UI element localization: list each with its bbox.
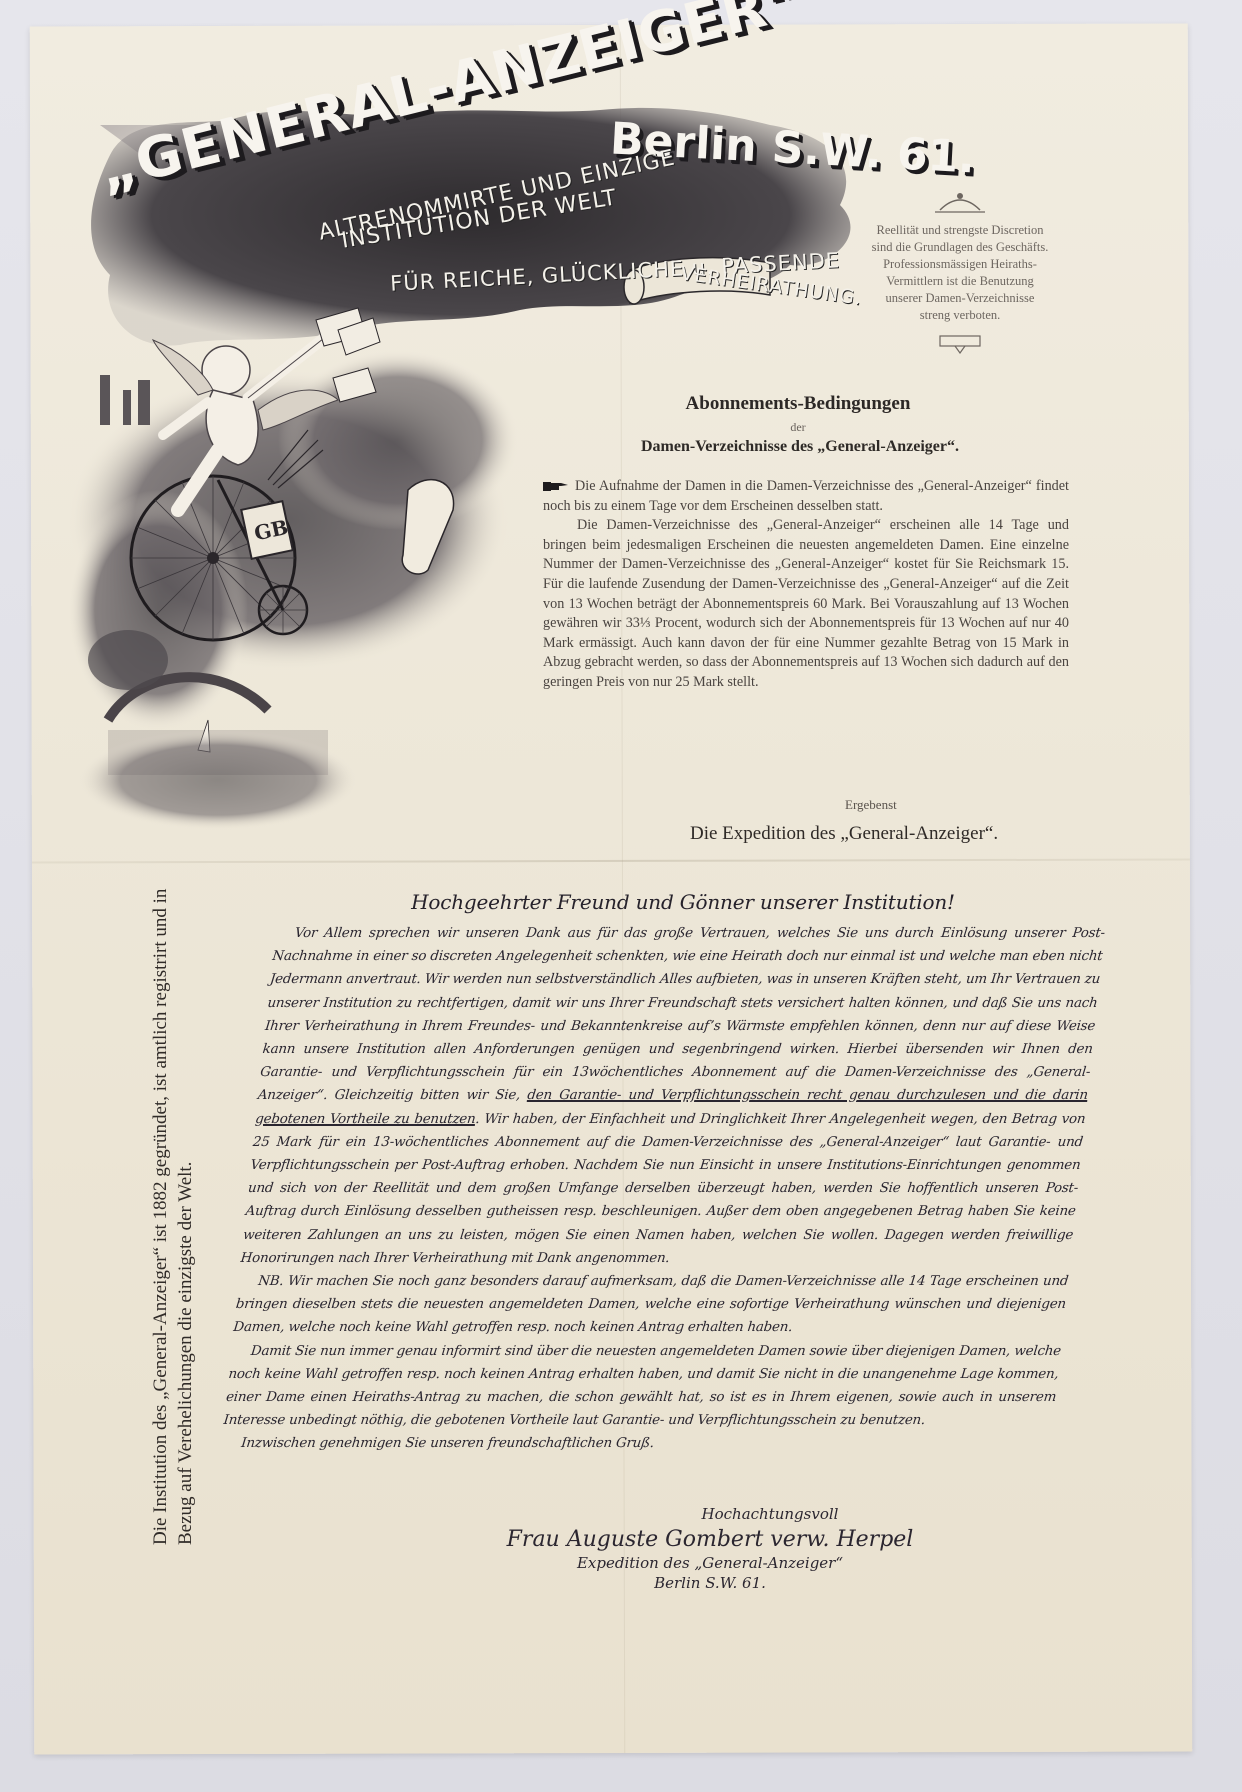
horizontal-fold-line: [32, 858, 1190, 863]
closing-phrase: Hochachtungsvoll: [620, 1505, 920, 1523]
letter-body: Vor Allem sprechen wir unseren Dank aus …: [220, 922, 1106, 1456]
conditions-paragraph-1: Die Aufnahme der Damen in die Damen-Verz…: [543, 478, 1069, 514]
scroll-ornament-icon: [935, 332, 985, 354]
expedition-signature: Die Expedition des „General-Anzeiger“.: [690, 823, 998, 845]
discretion-note-text: Reellität und strengste Discretion sind …: [870, 222, 1050, 324]
discretion-note: Reellität und strengste Discretion sind …: [870, 190, 1050, 354]
letter-paragraph-4: Inzwischen genehmigen Sie unseren freund…: [220, 1432, 1052, 1455]
cherub-bicycle-illustration: GB: [68, 280, 518, 840]
letter-paragraph-3: Damit Sie nun immer genau informirt sind…: [222, 1340, 1062, 1433]
letter-paragraph-1: Vor Allem sprechen wir unseren Dank aus …: [239, 922, 1106, 1270]
pointing-hand-icon: [543, 480, 569, 492]
conditions-title: Abonnements-Bedingungen: [648, 393, 948, 415]
letter-paragraph-1-end: . Wir haben, der Einfachheit und Dringli…: [240, 1112, 1086, 1266]
ergebenst-text: Ergebenst: [845, 797, 897, 813]
letter-closing: Hochachtungsvoll Frau Auguste Gombert ve…: [500, 1505, 920, 1592]
letter-paragraph-1-start: Vor Allem sprechen wir unseren Dank aus …: [257, 926, 1106, 1103]
signer-role: Expedition des „General-Anzeiger“: [500, 1554, 920, 1572]
cherub-on-bicycle-icon: GB: [68, 280, 518, 840]
conditions-der: der: [648, 420, 948, 435]
conditions-subtitle: Damen-Verzeichnisse des „General-Anzeige…: [600, 438, 1000, 456]
conditions-paragraph-2: Die Damen-Verzeichnisse des „General-Anz…: [543, 516, 1069, 692]
crown-ornament-icon: [930, 190, 990, 214]
letter-salutation: Hochgeehrter Freund und Gönner unserer I…: [288, 890, 1078, 914]
handwritten-letter: Hochgeehrter Freund und Gönner unserer I…: [248, 890, 1078, 1456]
signer-name: Frau Auguste Gombert verw. Herpel: [500, 1527, 920, 1552]
conditions-paragraph: Die Aufnahme der Damen in die Damen-Verz…: [543, 477, 1069, 516]
founding-note-vertical: Die Institution des „General-Anzeiger“ i…: [148, 885, 198, 1545]
signer-city: Berlin S.W. 61.: [500, 1574, 920, 1592]
letter-paragraph-2: NB. Wir machen Sie noch ganz besonders d…: [232, 1270, 1069, 1340]
conditions-body: Die Aufnahme der Damen in die Damen-Verz…: [543, 477, 1069, 693]
